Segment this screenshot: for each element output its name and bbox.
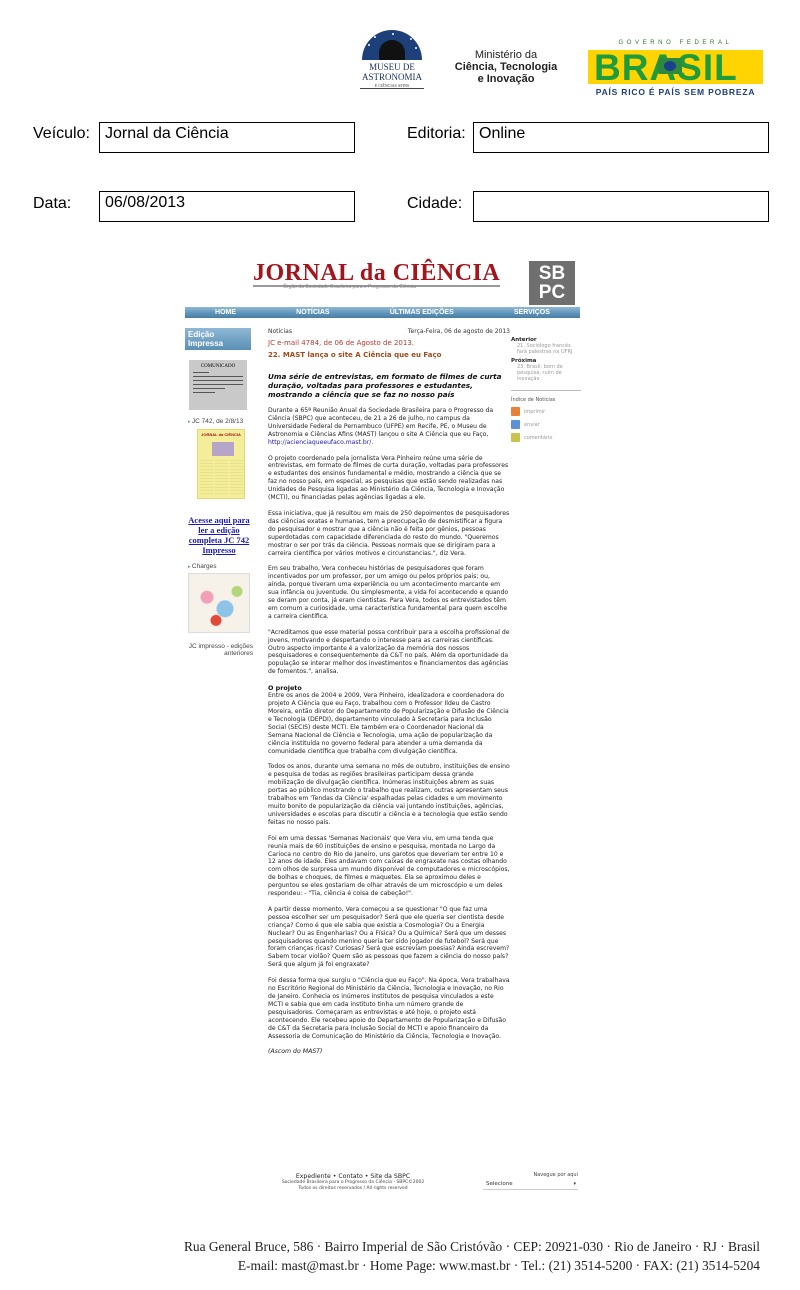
navegue-label: Navegue por aqui	[483, 1172, 578, 1178]
data-field[interactable]: 06/08/2013	[99, 191, 355, 222]
select-value: Selecione	[486, 1181, 513, 1187]
anterior-link[interactable]: 21. Sociólogo francês fará palestras na …	[511, 343, 581, 355]
article-paragraph: Em seu trabalho, Vera conheceu histórias…	[268, 565, 510, 620]
comentario-button[interactable]: comentário	[511, 433, 581, 442]
comentario-label: comentário	[524, 435, 552, 441]
jc-thumb-title: JORNAL da CIÊNCIA	[198, 432, 244, 437]
enviar-button[interactable]: enviar	[511, 420, 581, 429]
brazil-flag-icon	[658, 58, 682, 74]
article-paragraph: Foi dessa forma que surgiu o "Ciência qu…	[268, 977, 510, 1040]
editoria-label: Editoria:	[407, 125, 466, 143]
clipping-footer: Expediente • Contato • Site da SBPC Soci…	[253, 1173, 453, 1191]
mast-logo-line1: MUSEU DE	[360, 62, 424, 72]
veiculo-field[interactable]: Jornal da Ciência	[99, 122, 355, 153]
jc-impresso-anteriores-link[interactable]: JC impresso - edições anteriores	[185, 643, 253, 657]
clipping-sidebar: Edição Impressa COMUNICADO JC 742, de 2/…	[185, 328, 253, 657]
veiculo-label: Veículo:	[33, 125, 90, 143]
nav-home[interactable]: HOME	[215, 309, 236, 316]
observatory-dome-icon	[362, 30, 422, 60]
article-p1-text: Durante a 65ª Reunião Anual da Sociedade…	[268, 407, 493, 438]
address-line2: E-mail: mast@mast.br · Home Page: www.ma…	[184, 1256, 760, 1275]
data-label: Data:	[33, 195, 71, 213]
article-paragraph: Essa iniciativa, que já resultou em mais…	[268, 510, 510, 557]
footer-links[interactable]: Expediente • Contato • Site da SBPC	[253, 1173, 453, 1180]
article-section: Notícias	[268, 328, 292, 335]
article-paragraph: A partir desse momento, Vera começou a s…	[268, 906, 510, 969]
jc-742-link[interactable]: JC 742, de 2/8/13	[185, 418, 253, 425]
footer-rights: Todos os direitos reservados / All right…	[253, 1186, 453, 1192]
ciencia-site-link[interactable]: http://acienciaqueeufaco.mast.br/	[268, 439, 371, 446]
brasil-logo-top: GOVERNO FEDERAL	[588, 40, 763, 48]
mast-logo-line3: E CIÊNCIAS AFINS	[360, 83, 424, 89]
article-paragraph: Todos os anos, durante uma semana no mês…	[268, 763, 510, 826]
cidade-field[interactable]	[473, 191, 769, 222]
imprimir-button[interactable]: imprimir	[511, 407, 581, 416]
enviar-label: enviar	[524, 422, 540, 428]
comment-icon	[511, 433, 520, 442]
sbpc-logo-line1: SB	[529, 264, 575, 283]
proxima-link[interactable]: 23. Brasil: bom de pesquisa, ruim de ino…	[511, 364, 581, 382]
address-line1: Rua General Bruce, 586 · Bairro Imperial…	[184, 1237, 760, 1256]
nav-ultimas-edicoes[interactable]: ÚLTIMAS EDIÇÕES	[390, 309, 454, 316]
article-subheading: O projeto	[268, 684, 510, 692]
ministry-logo: Ministério da Ciência, Tecnologia e Inov…	[436, 49, 576, 85]
nav-servicos[interactable]: SERVIÇOS	[514, 309, 550, 316]
editoria-field[interactable]: Online	[473, 122, 769, 153]
sbpc-logo: SB PC	[529, 261, 575, 305]
article-navigation: Anterior 21. Sociólogo francês fará pale…	[511, 334, 581, 442]
charge-cartoon-image[interactable]	[188, 573, 250, 633]
article-paragraph: O projeto coordenado pela jornalista Ver…	[268, 455, 510, 502]
article: Notícias Terça-Feira, 06 de agosto de 20…	[268, 328, 510, 1055]
article-source: (Ascom do MAST)	[268, 1048, 510, 1055]
ministry-line2: Ciência, Tecnologia	[436, 61, 576, 73]
article-date: Terça-Feira, 06 de agosto de 2013	[408, 328, 510, 335]
jc-742-thumbnail[interactable]: JORNAL da CIÊNCIA	[197, 429, 245, 499]
article-paragraph: Foi em uma dessas 'Semanas Nacionais' qu…	[268, 835, 510, 898]
article-paragraph: "Acreditamos que esse material possa con…	[268, 629, 510, 676]
acesse-edicao-completa-link[interactable]: Acesse aqui para ler a edição completa J…	[185, 515, 253, 555]
article-edition: JC e-mail 4784, de 06 de Agosto de 2013.	[268, 339, 510, 347]
article-paragraph: Entre os anos de 2004 e 2009, Vera Pinhe…	[268, 692, 510, 755]
clipping-nav-bar: HOME NOTÍCIAS ÚLTIMAS EDIÇÕES SERVIÇOS	[185, 307, 580, 318]
newspaper-clipping: JORNAL da CIÊNCIA Órgão da Sociedade Bra…	[183, 258, 583, 1198]
sbpc-logo-line2: PC	[529, 283, 575, 302]
mast-logo: MUSEU DE ASTRONOMIA E CIÊNCIAS AFINS	[360, 30, 424, 92]
ministry-line3: e Inovação	[436, 73, 576, 85]
mast-logo-line2: ASTRONOMIA	[360, 72, 424, 82]
article-paragraph: Durante a 65ª Reunião Anual da Sociedade…	[268, 407, 510, 447]
send-icon	[511, 420, 520, 429]
article-lead: Uma série de entrevistas, em formato de …	[268, 372, 510, 399]
nav-noticias[interactable]: NOTÍCIAS	[296, 309, 329, 316]
print-icon	[511, 407, 520, 416]
brasil-logo-tagline: PAÍS RICO É PAÍS SEM POBREZA	[588, 87, 763, 97]
ministry-line1: Ministério da	[475, 49, 537, 61]
indice-noticias-link[interactable]: Índice de Notícias	[511, 397, 581, 403]
institution-address: Rua General Bruce, 586 · Bairro Imperial…	[184, 1237, 760, 1275]
jornal-masthead-subtitle: Órgão da Sociedade Brasileira para o Pro…	[283, 284, 416, 290]
charges-link[interactable]: Charges	[185, 563, 253, 570]
comunicado-thumbnail[interactable]: COMUNICADO	[189, 360, 247, 410]
imprimir-label: imprimir	[524, 409, 545, 415]
article-title: 22. MAST lança o site A Ciência que eu F…	[268, 351, 510, 359]
cidade-label: Cidade:	[407, 195, 462, 213]
comunicado-title: COMUNICADO	[191, 364, 245, 369]
edicao-impressa-heading: Edição Impressa	[185, 328, 251, 350]
dropdown-arrow-icon: ▾	[573, 1181, 576, 1187]
navegue-select[interactable]: Selecione ▾	[483, 1181, 578, 1190]
footer-copyright: Sociedade Brasileira para o Progresso da…	[253, 1180, 453, 1186]
brasil-government-logo: GOVERNO FEDERAL BRASIL PAÍS RICO É PAÍS …	[588, 40, 763, 98]
